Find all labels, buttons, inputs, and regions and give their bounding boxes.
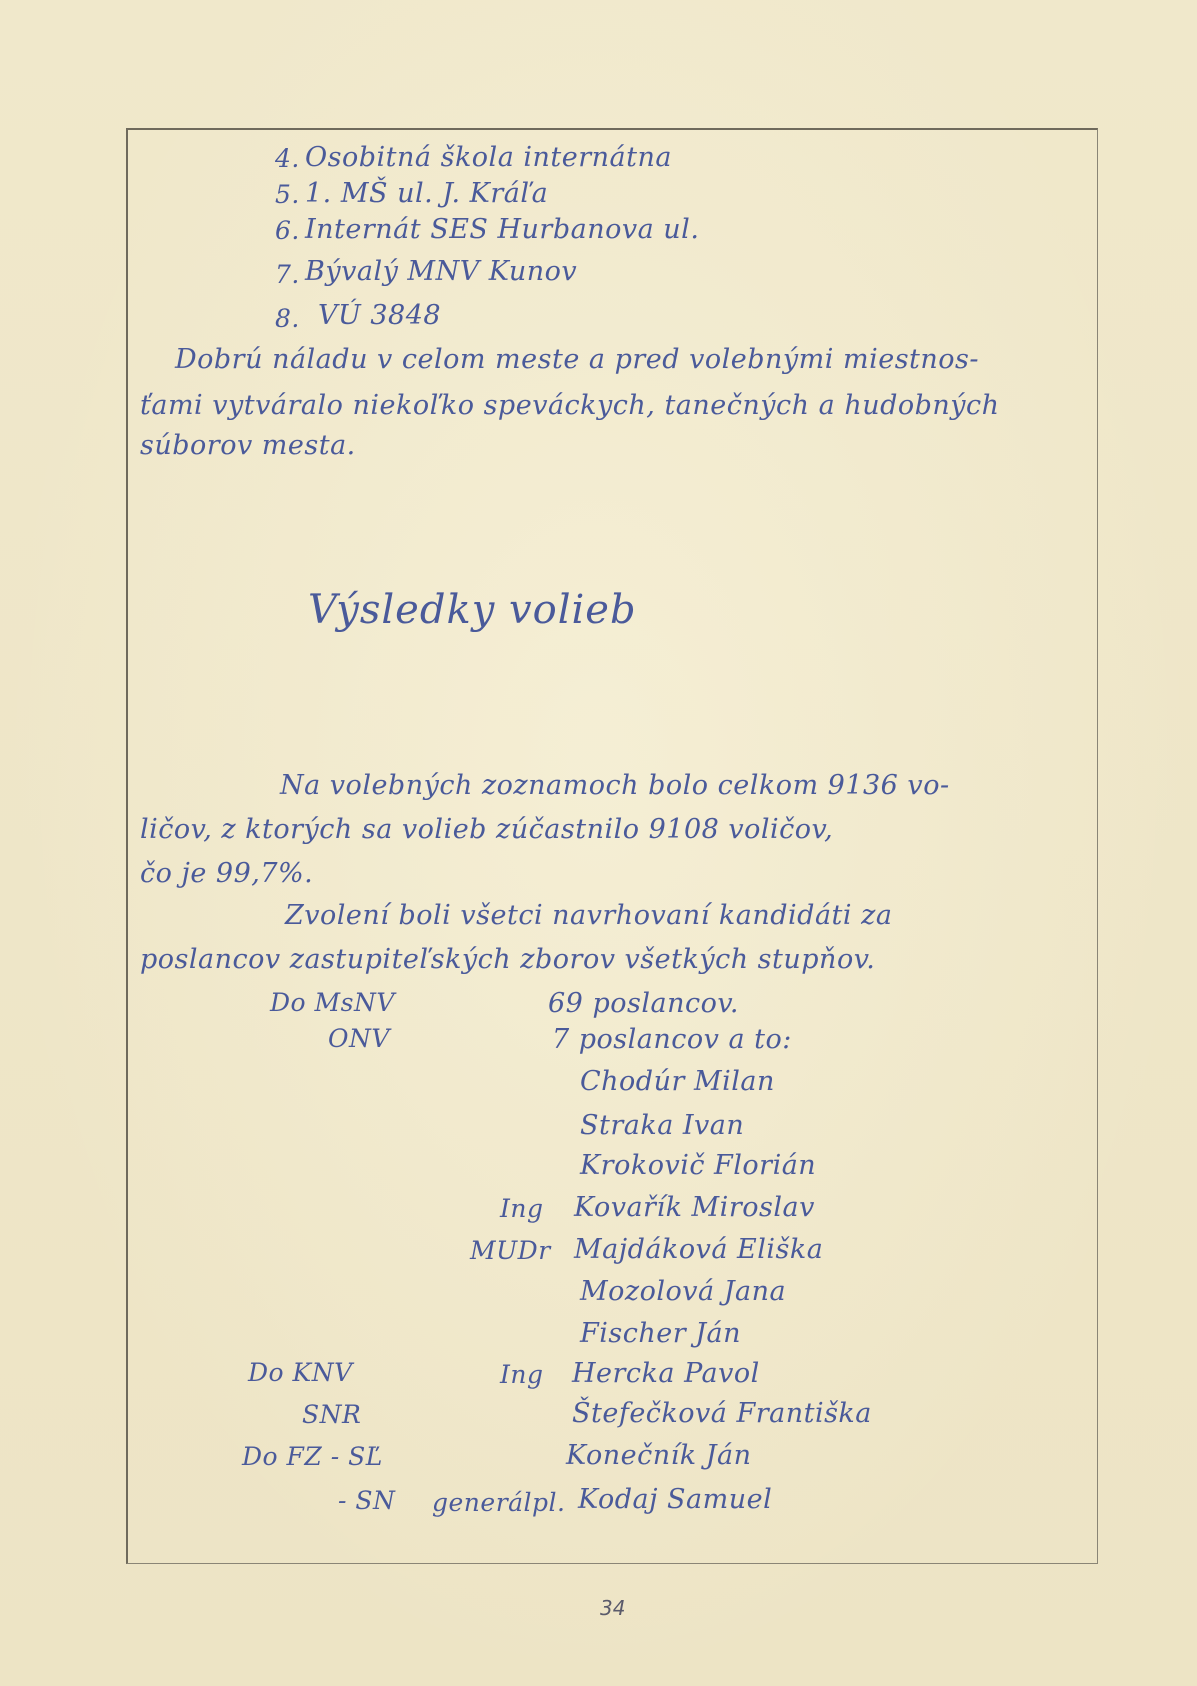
list-item: 1. MŠ ul. J. Kráľa [305, 180, 548, 207]
section-title: Výsledky volieb [308, 590, 637, 630]
elected-name: Hercka Pavol [572, 1360, 760, 1387]
paragraph-line: ťami vytváralo niekoľko speváckych, tane… [140, 392, 1000, 419]
list-item: Bývalý MNV Kunov [305, 258, 577, 285]
list-item-number: 7. [275, 262, 300, 287]
elected-name: Krokovič Florián [580, 1152, 816, 1179]
elected-name: Kodaj Samuel [578, 1486, 772, 1513]
body-label: Do KNV [248, 1360, 353, 1385]
list-item: VÚ 3848 [318, 302, 441, 329]
honorific: Ing [500, 1196, 543, 1221]
body-label: - SN [338, 1488, 395, 1513]
paragraph-line: súborov mesta. [140, 432, 356, 459]
honorific: MUDr [470, 1238, 551, 1263]
elected-name: Majdáková Eliška [574, 1236, 823, 1263]
seat-count: 7 poslancov a to: [552, 1026, 792, 1053]
list-item-number: 8. [275, 306, 300, 331]
seat-count: 69 poslancov. [548, 990, 739, 1017]
elected-name: Straka Ivan [580, 1112, 744, 1139]
paragraph-line: ličov, z ktorých sa volieb zúčastnilo 91… [140, 816, 833, 843]
elected-name: Konečník Ján [566, 1442, 751, 1469]
list-item-number: 4. [275, 146, 300, 171]
paragraph-line: čo je 99,7%. [140, 860, 313, 887]
elected-name: Chodúr Milan [580, 1068, 775, 1095]
paragraph-line: Na volebných zoznamoch bolo celkom 9136 … [280, 772, 950, 799]
list-item: Internát SES Hurbanova ul. [305, 216, 699, 243]
elected-name: Mozolová Jana [580, 1278, 786, 1305]
elected-name: Štefečková Františka [572, 1400, 872, 1427]
honorific: generálpl. [432, 1490, 566, 1515]
honorific: Ing [500, 1362, 543, 1387]
paragraph-line: poslancov zastupiteľských zborov všetkýc… [140, 946, 875, 973]
paragraph-line: Dobrú náladu v celom meste a pred volebn… [175, 346, 979, 373]
body-label: SNR [302, 1402, 361, 1427]
body-label: Do MsNV [270, 990, 395, 1015]
list-item: Osobitná škola internátna [305, 144, 672, 171]
page-number: 34 [600, 1596, 625, 1620]
body-label: ONV [328, 1026, 390, 1051]
list-item-number: 6. [275, 218, 300, 243]
paragraph-line: Zvolení boli všetci navrhovaní kandidáti… [285, 902, 892, 929]
elected-name: Kovařík Miroslav [574, 1194, 815, 1221]
list-item-number: 5. [275, 182, 300, 207]
body-label: Do FZ - SĽ [242, 1444, 383, 1469]
elected-name: Fischer Ján [580, 1320, 741, 1347]
